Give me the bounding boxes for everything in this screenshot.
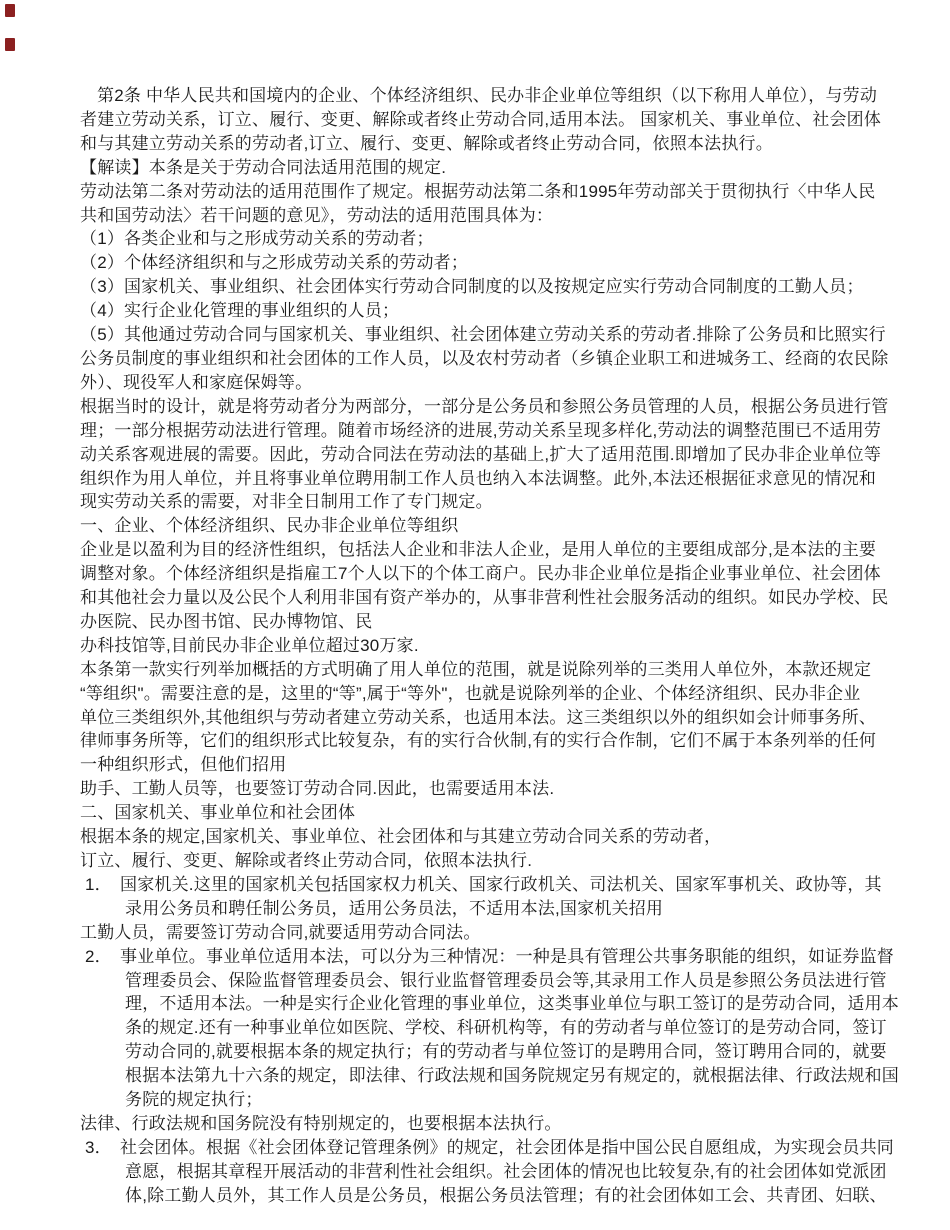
text-line: 办科技馆等,目前民办非企业单位超过30万家.: [80, 634, 872, 658]
text-line: （4）实行企业化管理的事业组织的人员；: [80, 299, 872, 323]
list-marker: 3．: [80, 1136, 120, 1160]
text-line: （1）各类企业和与之形成劳动关系的劳动者；: [80, 227, 872, 251]
text-line: 意愿，根据其章程开展活动的非营利性社会组织。社会团体的情况也比较复杂,有的社会团…: [80, 1160, 872, 1184]
text-line: 理，不适用本法。一种是实行企业化管理的事业单位，这类事业单位与职工签订的是劳动合…: [80, 992, 872, 1016]
list-line-text: 事业单位。事业单位适用本法，可以分为三种情况：一种是具有管理公共事务职能的组织，…: [120, 945, 894, 969]
text-line: “等组织"。需要注意的是，这里的“等”,属于“等外"，也就是说除列举的企业、个体…: [80, 682, 872, 706]
text-line: 本条第一款实行列举加概括的方式明确了用人单位的范围，就是说除列举的三类用人单位外…: [80, 658, 872, 682]
list-line: 2．事业单位。事业单位适用本法，可以分为三种情况：一种是具有管理公共事务职能的组…: [80, 945, 872, 969]
text-line: 共和国劳动法〉若干问题的意见》，劳动法的适用范围具体为：: [80, 204, 872, 228]
text-line: 单位三类组织外,其他组织与劳动者建立劳动关系，也适用本法。这三类组织以外的组织如…: [80, 706, 872, 730]
text-line: 法律、行政法规和国务院没有特别规定的，也要根据本法执行。: [80, 1112, 872, 1136]
text-line: 和其他社会力量以及公民个人利用非国有资产举办的，从事非营利性社会服务活动的组织。…: [80, 586, 872, 610]
text-line: 条的规定.还有一种事业单位如医院、学校、科研机构等，有的劳动者与单位签订的是劳动…: [80, 1016, 872, 1040]
list-line: 3．社会团体。根据《社会团体登记管理条例》的规定，社会团体是指中国公民自愿组成，…: [80, 1136, 872, 1160]
text-line: 理；一部分根据劳动法进行管理。随着市场经济的进展,劳动关系呈现多样化,劳动法的调…: [80, 419, 872, 443]
text-line: 劳动法第二条对劳动法的适用范围作了规定。根据劳动法第二条和1995年劳动部关于贯…: [80, 180, 872, 204]
text-line: 根据本条的规定,国家机关、事业单位、社会团体和与其建立劳动合同关系的劳动者，: [80, 825, 872, 849]
text-line: 一种组织形式，但他们招用: [80, 753, 872, 777]
text-line: 外）、现役军人和家庭保姆等。: [80, 371, 872, 395]
text-line: 二、国家机关、事业单位和社会团体: [80, 801, 872, 825]
text-line: 务院的规定执行；: [80, 1088, 872, 1112]
corner-mark-icon: [5, 4, 15, 17]
text-line: （3）国家机关、事业组织、社会团体实行劳动合同制度的以及按规定应实行劳动合同制度…: [80, 275, 872, 299]
text-line: 第2条 中华人民共和国境内的企业、个体经济组织、民办非企业单位等组织（以下称用人…: [80, 84, 872, 108]
text-line: 录用公务员和聘任制公务员，适用公务员法，不适用本法,国家机关招用: [80, 897, 872, 921]
text-line: 办医院、民办图书馆、民办博物馆、民: [80, 610, 872, 634]
text-line: 现实劳动关系的需要，对非全日制用工作了专门规定。: [80, 490, 872, 514]
list-line: 1．国家机关.这里的国家机关包括国家权力机关、国家行政机关、司法机关、国家军事机…: [80, 873, 872, 897]
text-line: 组织作为用人单位，并且将事业单位聘用制工作人员也纳入本法调整。此外,本法还根据征…: [80, 467, 872, 491]
text-line: 律师事务所等，它们的组织形式比较复杂，有的实行合伙制,有的实行合作制，它们不属于…: [80, 729, 872, 753]
list-marker: 1．: [80, 873, 120, 897]
document-page: 第2条 中华人民共和国境内的企业、个体经济组织、民办非企业单位等组织（以下称用人…: [0, 0, 950, 1230]
list-line-text: 社会团体。根据《社会团体登记管理条例》的规定，社会团体是指中国公民自愿组成，为实…: [120, 1136, 894, 1160]
document-body: 第2条 中华人民共和国境内的企业、个体经济组织、民办非企业单位等组织（以下称用人…: [80, 84, 872, 1208]
text-line: 根据本法第九十六条的规定，即法律、行政法规和国务院规定另有规定的，就根据法律、行…: [80, 1064, 872, 1088]
text-line: 【解读】本条是关于劳动合同法适用范围的规定.: [80, 156, 872, 180]
text-line: 企业是以盈利为目的经济性组织，包括法人企业和非法人企业，是用人单位的主要组成部分…: [80, 538, 872, 562]
text-line: 调整对象。个体经济组织是指雇工7个人以下的个体工商户。民办非企业单位是指企业事业…: [80, 562, 872, 586]
text-line: 根据当时的设计，就是将劳动者分为两部分，一部分是公务员和参照公务员管理的人员，根…: [80, 395, 872, 419]
text-line: 订立、履行、变更、解除或者终止劳动合同，依照本法执行.: [80, 849, 872, 873]
text-line: 助手、工勤人员等，也要签订劳动合同.因此，也需要适用本法.: [80, 777, 872, 801]
text-line: 者建立劳动关系，订立、履行、变更、解除或者终止劳动合同,适用本法。 国家机关、事…: [80, 108, 872, 132]
text-line: 动关系客观进展的需要。因此，劳动合同法在劳动法的基础上,扩大了适用范围.即增加了…: [80, 443, 872, 467]
text-line: 工勤人员，需要签订劳动合同,就要适用劳动合同法。: [80, 921, 872, 945]
text-line: 一、企业、个体经济组织、民办非企业单位等组织: [80, 514, 872, 538]
text-line: （2）个体经济组织和与之形成劳动关系的劳动者；: [80, 251, 872, 275]
text-line: 和与其建立劳动关系的劳动者,订立、履行、变更、解除或者终止劳动合同，依照本法执行…: [80, 132, 872, 156]
corner-mark-icon: [5, 38, 15, 51]
text-line: 公务员制度的事业组织和社会团体的工作人员，以及农村劳动者（乡镇企业职工和进城务工…: [80, 347, 872, 371]
text-line: 体,除工勤人员外，其工作人员是公务员，根据公务员法管理；有的社会团体如工会、共青…: [80, 1184, 872, 1208]
list-marker: 2．: [80, 945, 120, 969]
text-line: （5）其他通过劳动合同与国家机关、事业组织、社会团体建立劳动关系的劳动者.排除了…: [80, 323, 872, 347]
list-line-text: 国家机关.这里的国家机关包括国家权力机关、国家行政机关、司法机关、国家军事机关、…: [120, 873, 882, 897]
text-line: 劳动合同的,就要根据本条的规定执行；有的劳动者与单位签订的是聘用合同，签订聘用合…: [80, 1040, 872, 1064]
text-line: 管理委员会、保险监督管理委员会、银行业监督管理委员会等,其录用工作人员是参照公务…: [80, 969, 872, 993]
